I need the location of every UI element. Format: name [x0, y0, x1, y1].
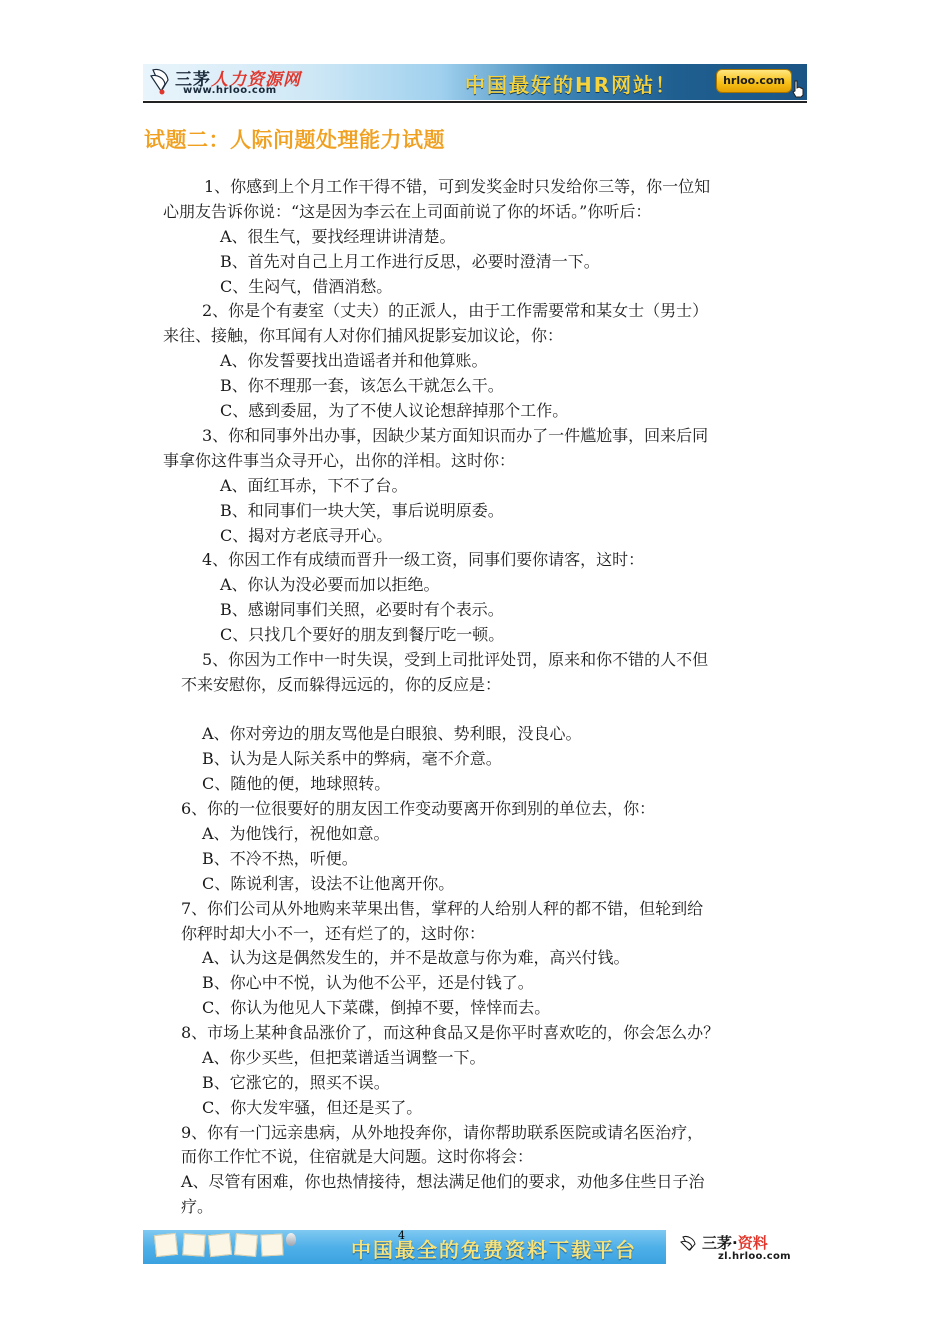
text-line: A、尽管有困难，你也热情接待，想法满足他们的要求，劝他多住些日子治 [181, 1172, 705, 1192]
text-line: 6、你的一位很要好的朋友因工作变动要离开你到别的单位去，你： [181, 799, 655, 819]
text-line: 7、你们公司从外地购来苹果出售，掌秤的人给别人秤的都不错，但轮到给 [181, 899, 703, 919]
text-line: A、为他饯行，祝他如意。 [202, 824, 390, 844]
text-line: C、陈说利害，设法不让他离开你。 [202, 874, 454, 894]
text-line: 8、市场上某种食品涨价了，而这种食品又是你平时喜欢吃的，你会怎么办？ [181, 1023, 719, 1043]
card-note-icon [234, 1233, 258, 1257]
header-banner[interactable]: 三茅人力资源网 www.hrloo.com 中国最好的HR网站！ hrloo.c… [143, 64, 807, 100]
text-line: C、揭对方老底寻开心。 [220, 526, 392, 546]
text-line: B、你心中不悦，认为他不公平，还是付钱了。 [202, 973, 534, 993]
hrloo-link-button[interactable]: hrloo.com [716, 69, 792, 93]
text-line: 你秤时却大小不一，还有烂了的，这时你： [181, 924, 485, 944]
text-line: 3、你和同事外出办事，因缺少某方面知识而办了一件尴尬事，回来后同 [202, 426, 708, 446]
text-line: C、你大发牢骚，但还是买了。 [202, 1098, 422, 1118]
text-line: 事拿你这件事当众寻开心，出你的洋相。这时你： [163, 451, 515, 471]
text-line: 4、你因工作有成绩而晋升一级工资，同事们要你请客，这时： [202, 550, 644, 570]
card-landscape-icon [208, 1233, 232, 1257]
text-line: B、首先对自己上月工作进行反思，必要时澄清一下。 [220, 252, 600, 272]
logo-url: www.hrloo.com [183, 85, 277, 96]
text-line: A、你认为没必要而加以拒绝。 [220, 575, 440, 595]
text-line: A、你对旁边的朋友骂他是白眼狼、势利眼，没良心。 [202, 724, 582, 744]
text-line: A、认为这是偶然发生的，并不是故意与你为难，高兴付钱。 [202, 948, 630, 968]
text-line: 疗。 [181, 1197, 213, 1217]
text-line: A、很生气，要找经理讲讲清楚。 [220, 227, 456, 247]
text-line: B、和同事们一块大笑，事后说明原委。 [220, 501, 504, 521]
text-line: A、面红耳赤，下不了台。 [220, 476, 408, 496]
text-line: C、你认为他见人下菜碟，倒掉不要，悻悻而去。 [202, 998, 550, 1018]
footer-logo[interactable]: 三茅·资料 zl.hrloo.com [680, 1232, 810, 1264]
text-line: C、只找几个要好的朋友到餐厅吃一顿。 [220, 625, 504, 645]
hand-pointer-icon [791, 80, 805, 98]
text-line: 1、你感到上个月工作干得不错，可到发奖金时只发给你三等，你一位知 [204, 177, 710, 197]
text-line: C、感到委屈，为了不使人议论想辞掉那个工作。 [220, 401, 568, 421]
page-number: 4 [398, 1229, 405, 1242]
text-line: 5、你因为工作中一时失误，受到上司批评处罚，原来和你不错的人不但 [202, 650, 708, 670]
shuttlecock-logo-icon [149, 66, 171, 96]
balloon-icon [286, 1233, 296, 1246]
card-blank-icon [260, 1233, 283, 1256]
text-line: 来往、接触，你耳闻有人对你们捕风捉影妄加议论，你： [163, 326, 563, 346]
text-line: C、生闷气，借酒消愁。 [220, 277, 392, 297]
card-sun-icon [182, 1233, 205, 1256]
text-line: 9、你有一门远亲患病，从外地投奔你，请你帮助联系医院或请名医治疗， [181, 1123, 703, 1143]
banner-slogan: 中国最好的HR网站！ [465, 69, 677, 98]
text-line: C、随他的便，地球照转。 [202, 774, 390, 794]
text-line: B、不冷不热，听便。 [202, 849, 358, 869]
page-title: 试题二：人际问题处理能力试题 [144, 124, 445, 154]
text-line: A、你少买些，但把菜谱适当调整一下。 [202, 1048, 486, 1068]
text-line: 不来安慰你，反而躲得远远的，你的反应是： [181, 675, 501, 695]
header-divider [143, 101, 807, 103]
text-line: B、感谢同事们关照，必要时有个表示。 [220, 600, 504, 620]
footer-logo-url: zl.hrloo.com [718, 1251, 791, 1262]
text-line: A、你发誓要找出造谣者并和他算账。 [220, 351, 488, 371]
text-line: B、你不理那一套，该怎么干就怎么干。 [220, 376, 504, 396]
text-line: 2、你是个有妻室（丈夫）的正派人，由于工作需要常和某女士（男士） [202, 301, 708, 321]
shuttlecock-logo-icon [680, 1234, 698, 1252]
footer-slogan: 中国最全的免费资料下载平台 [351, 1234, 637, 1263]
footer-logo-title: 三茅·资料 [702, 1232, 768, 1253]
text-line: 心朋友告诉你说：“这是因为李云在上司面前说了你的坏话。”你听后： [163, 202, 651, 222]
text-line: 而你工作忙不说，住宿就是大问题。这时你将会： [181, 1147, 533, 1167]
card-rainbow-icon [154, 1233, 178, 1257]
text-line: B、它涨它的，照买不误。 [202, 1073, 390, 1093]
text-line: B、认为是人际关系中的弊病，毫不介意。 [202, 749, 502, 769]
